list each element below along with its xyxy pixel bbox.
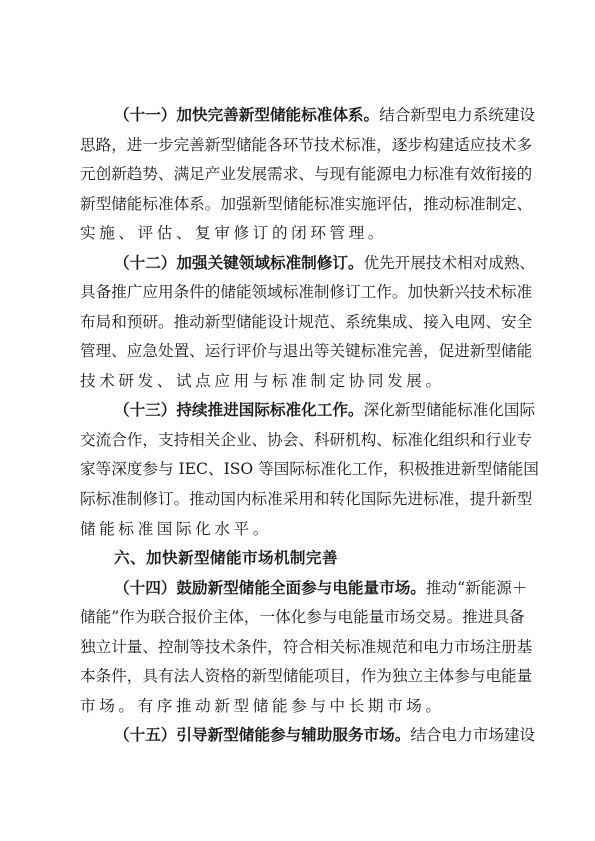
paragraph-15-title: 引导新型储能参与辅助服务市场。 — [176, 725, 410, 744]
paragraph-13-line-2: 交流合作，支持相关企业、协会、科研机构、标准化组织和行业专 — [80, 429, 516, 451]
paragraph-14-number: （十四） — [114, 578, 176, 597]
paragraph-15-line-1: （十五）引导新型储能参与辅助服务市场。结合电力市场建设 — [114, 724, 516, 746]
paragraph-13-text: 深化新型储能标准化国际 — [364, 401, 536, 419]
paragraph-11-text: 结合新型电力系统建设 — [379, 106, 535, 124]
paragraph-14-line-4: 本条件，具有法人资格的新型储能项目，作为独立主体参与电能量 — [80, 665, 516, 687]
paragraph-11-line-2: 思路，进一步完善新型储能各环节技术标准，逐步构建适应技术多 — [80, 134, 516, 156]
paragraph-12-title: 加强关键领域标准制修订。 — [176, 253, 363, 272]
paragraph-11-number: （十一） — [114, 105, 176, 124]
paragraph-13-number: （十三） — [114, 400, 176, 419]
paragraph-12-line-1: （十二）加强关键领域标准制修订。优先开展技术相对成熟、 — [114, 252, 516, 274]
paragraph-14-line-3: 独立计量、控制等技术条件，符合相关标准规范和电力市场注册基 — [80, 636, 516, 658]
paragraph-14-text: 推动“新能源＋ — [426, 579, 528, 597]
paragraph-12-line-2: 具备推广应用条件的储能领域标准制修订工作。加快新兴技术标准 — [80, 281, 516, 303]
paragraph-11-line-1: （十一）加快完善新型储能标准体系。结合新型电力系统建设 — [114, 104, 516, 126]
paragraph-13-title: 持续推进国际标准化工作。 — [176, 400, 363, 419]
paragraph-12-number: （十二） — [114, 253, 176, 272]
paragraph-14-line-2: 储能”作为联合报价主体，一体化参与电能量市场交易。推进具备 — [80, 606, 516, 628]
paragraph-14-line-1: （十四）鼓励新型储能全面参与电能量市场。推动“新能源＋ — [114, 577, 516, 599]
paragraph-11-title: 加快完善新型储能标准体系。 — [176, 105, 379, 124]
paragraph-13-line-5: 储能标准国际化水平。 — [80, 518, 516, 540]
paragraph-15-text: 结合电力市场建设 — [410, 726, 535, 744]
paragraph-12-line-3: 布局和预研。推动新型储能设计规范、系统集成、接入电网、安全 — [80, 311, 516, 333]
paragraph-14-title: 鼓励新型储能全面参与电能量市场。 — [176, 578, 426, 597]
paragraph-12-text: 优先开展技术相对成熟、 — [364, 254, 536, 272]
paragraph-11-line-5: 实施、评估、复审修订的闭环管理。 — [80, 222, 516, 244]
paragraph-12-line-5: 技术研发、试点应用与标准制定协同发展。 — [80, 370, 516, 392]
paragraph-11-line-3: 元创新趋势、满足产业发展需求、与现有能源电力标准有效衔接的 — [80, 163, 516, 185]
paragraph-12-line-4: 管理、应急处置、运行评价与退出等关键标准完善，促进新型储能 — [80, 340, 516, 362]
paragraph-15-number: （十五） — [114, 725, 176, 744]
paragraph-13-line-3: 家等深度参与 IEC、ISO 等国际标准化工作，积极推进新型储能国 — [80, 458, 516, 480]
paragraph-14-line-5: 市场。有序推动新型储能参与中长期市场。 — [80, 695, 516, 717]
paragraph-13-line-4: 际标准制修订。推动国内标准采用和转化国际先进标准，提升新型 — [80, 488, 516, 510]
section-heading: 六、加快新型储能市场机制完善 — [114, 547, 516, 569]
paragraph-11-line-4: 新型储能标准体系。加强新型储能标准实施评估，推动标准制定、 — [80, 193, 516, 215]
paragraph-13-line-1: （十三）持续推进国际标准化工作。深化新型储能标准化国际 — [114, 399, 516, 421]
document-page: （十一）加快完善新型储能标准体系。结合新型电力系统建设 思路，进一步完善新型储能… — [0, 0, 595, 841]
